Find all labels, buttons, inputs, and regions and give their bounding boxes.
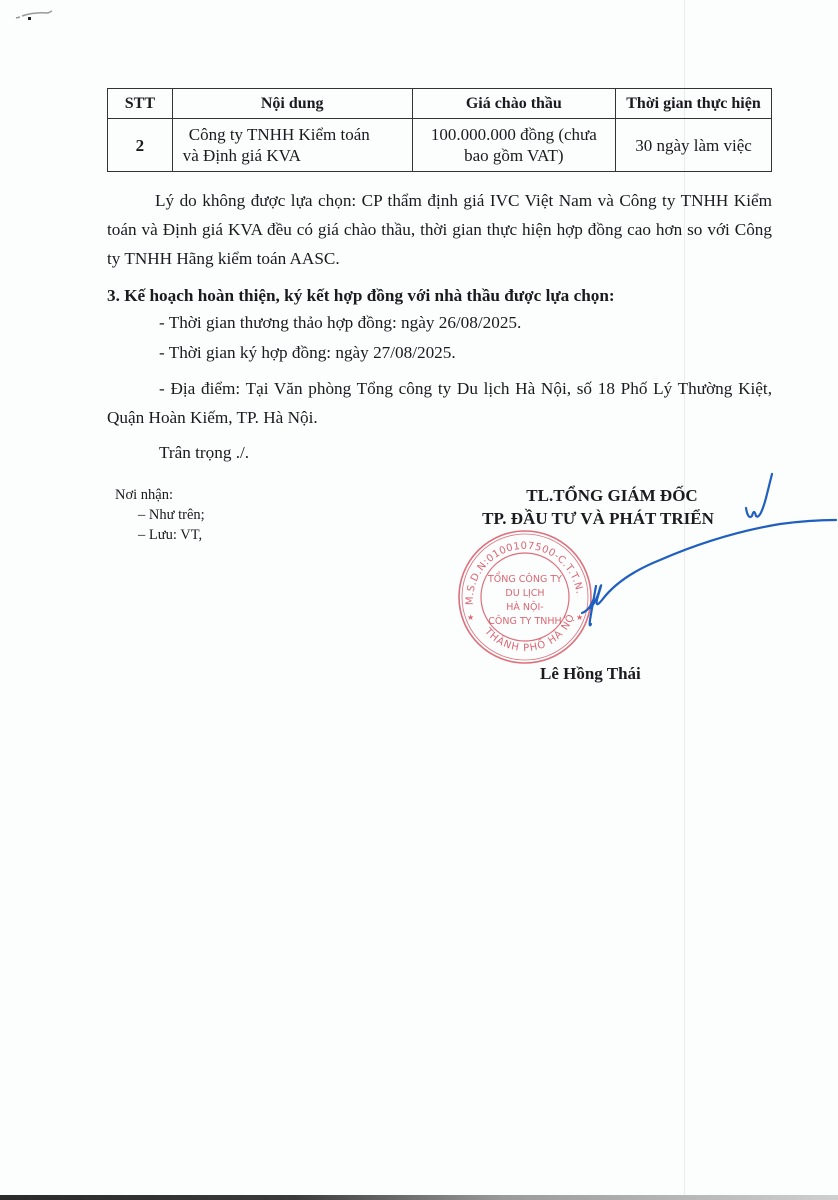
svg-text:DU LỊCH: DU LỊCH: [505, 588, 544, 599]
section-3-item-location: - Địa điểm: Tại Văn phòng Tổng công ty D…: [107, 374, 772, 432]
bid-table: STT Nội dung Giá chào thầu Thời gian thự…: [107, 88, 772, 172]
cell-duration: 30 ngày làm việc: [616, 119, 772, 172]
recipient-item: – Như trên;: [115, 505, 205, 525]
svg-text:★: ★: [467, 613, 474, 622]
cell-price: 100.000.000 đồng (chưa bao gồm VAT): [412, 119, 615, 172]
header-stt: STT: [108, 89, 173, 119]
scan-artifact-mark: [14, 8, 54, 22]
cell-price-line: 100.000.000 đồng (chưa: [417, 124, 611, 145]
scan-bottom-edge: [0, 1195, 838, 1200]
recipients-block: Nơi nhận: – Như trên; – Lưu: VT,: [115, 485, 205, 545]
recipient-item: – Lưu: VT,: [115, 525, 205, 545]
svg-text:TỔNG CÔNG TY: TỔNG CÔNG TY: [487, 572, 562, 585]
table-header-row: STT Nội dung Giá chào thầu Thời gian thự…: [108, 89, 772, 119]
cell-price-line: bao gồm VAT): [417, 145, 611, 166]
cell-stt: 2: [108, 119, 173, 172]
cell-content-line: Công ty TNHH Kiểm toán: [183, 124, 408, 145]
recipients-label: Nơi nhận:: [115, 485, 205, 505]
section-3-item-negotiation: - Thời gian thương thảo hợp đồng: ngày 2…: [159, 313, 521, 333]
svg-text:HÀ NỘI-: HÀ NỘI-: [506, 601, 543, 613]
closing-text: Trân trọng ./.: [159, 443, 249, 463]
header-price: Giá chào thầu: [412, 89, 615, 119]
signer-name: Lê Hồng Thái: [540, 664, 641, 684]
reason-paragraph: Lý do không được lựa chọn: CP thẩm định …: [107, 186, 772, 273]
section-3-heading: 3. Kế hoạch hoàn thiện, ký kết hợp đồng …: [107, 286, 615, 306]
handwritten-signature-icon: [560, 468, 838, 648]
cell-content-line: và Định giá KVA: [183, 145, 408, 166]
header-duration: Thời gian thực hiện: [616, 89, 772, 119]
header-content: Nội dung: [172, 89, 412, 119]
section-3-item-signing: - Thời gian ký hợp đồng: ngày 27/08/2025…: [159, 343, 456, 363]
table-row: 2 Công ty TNHH Kiểm toán và Định giá KVA…: [108, 119, 772, 172]
cell-content: Công ty TNHH Kiểm toán và Định giá KVA: [172, 119, 412, 172]
svg-text:CÔNG TY TNHH: CÔNG TY TNHH: [488, 615, 561, 627]
